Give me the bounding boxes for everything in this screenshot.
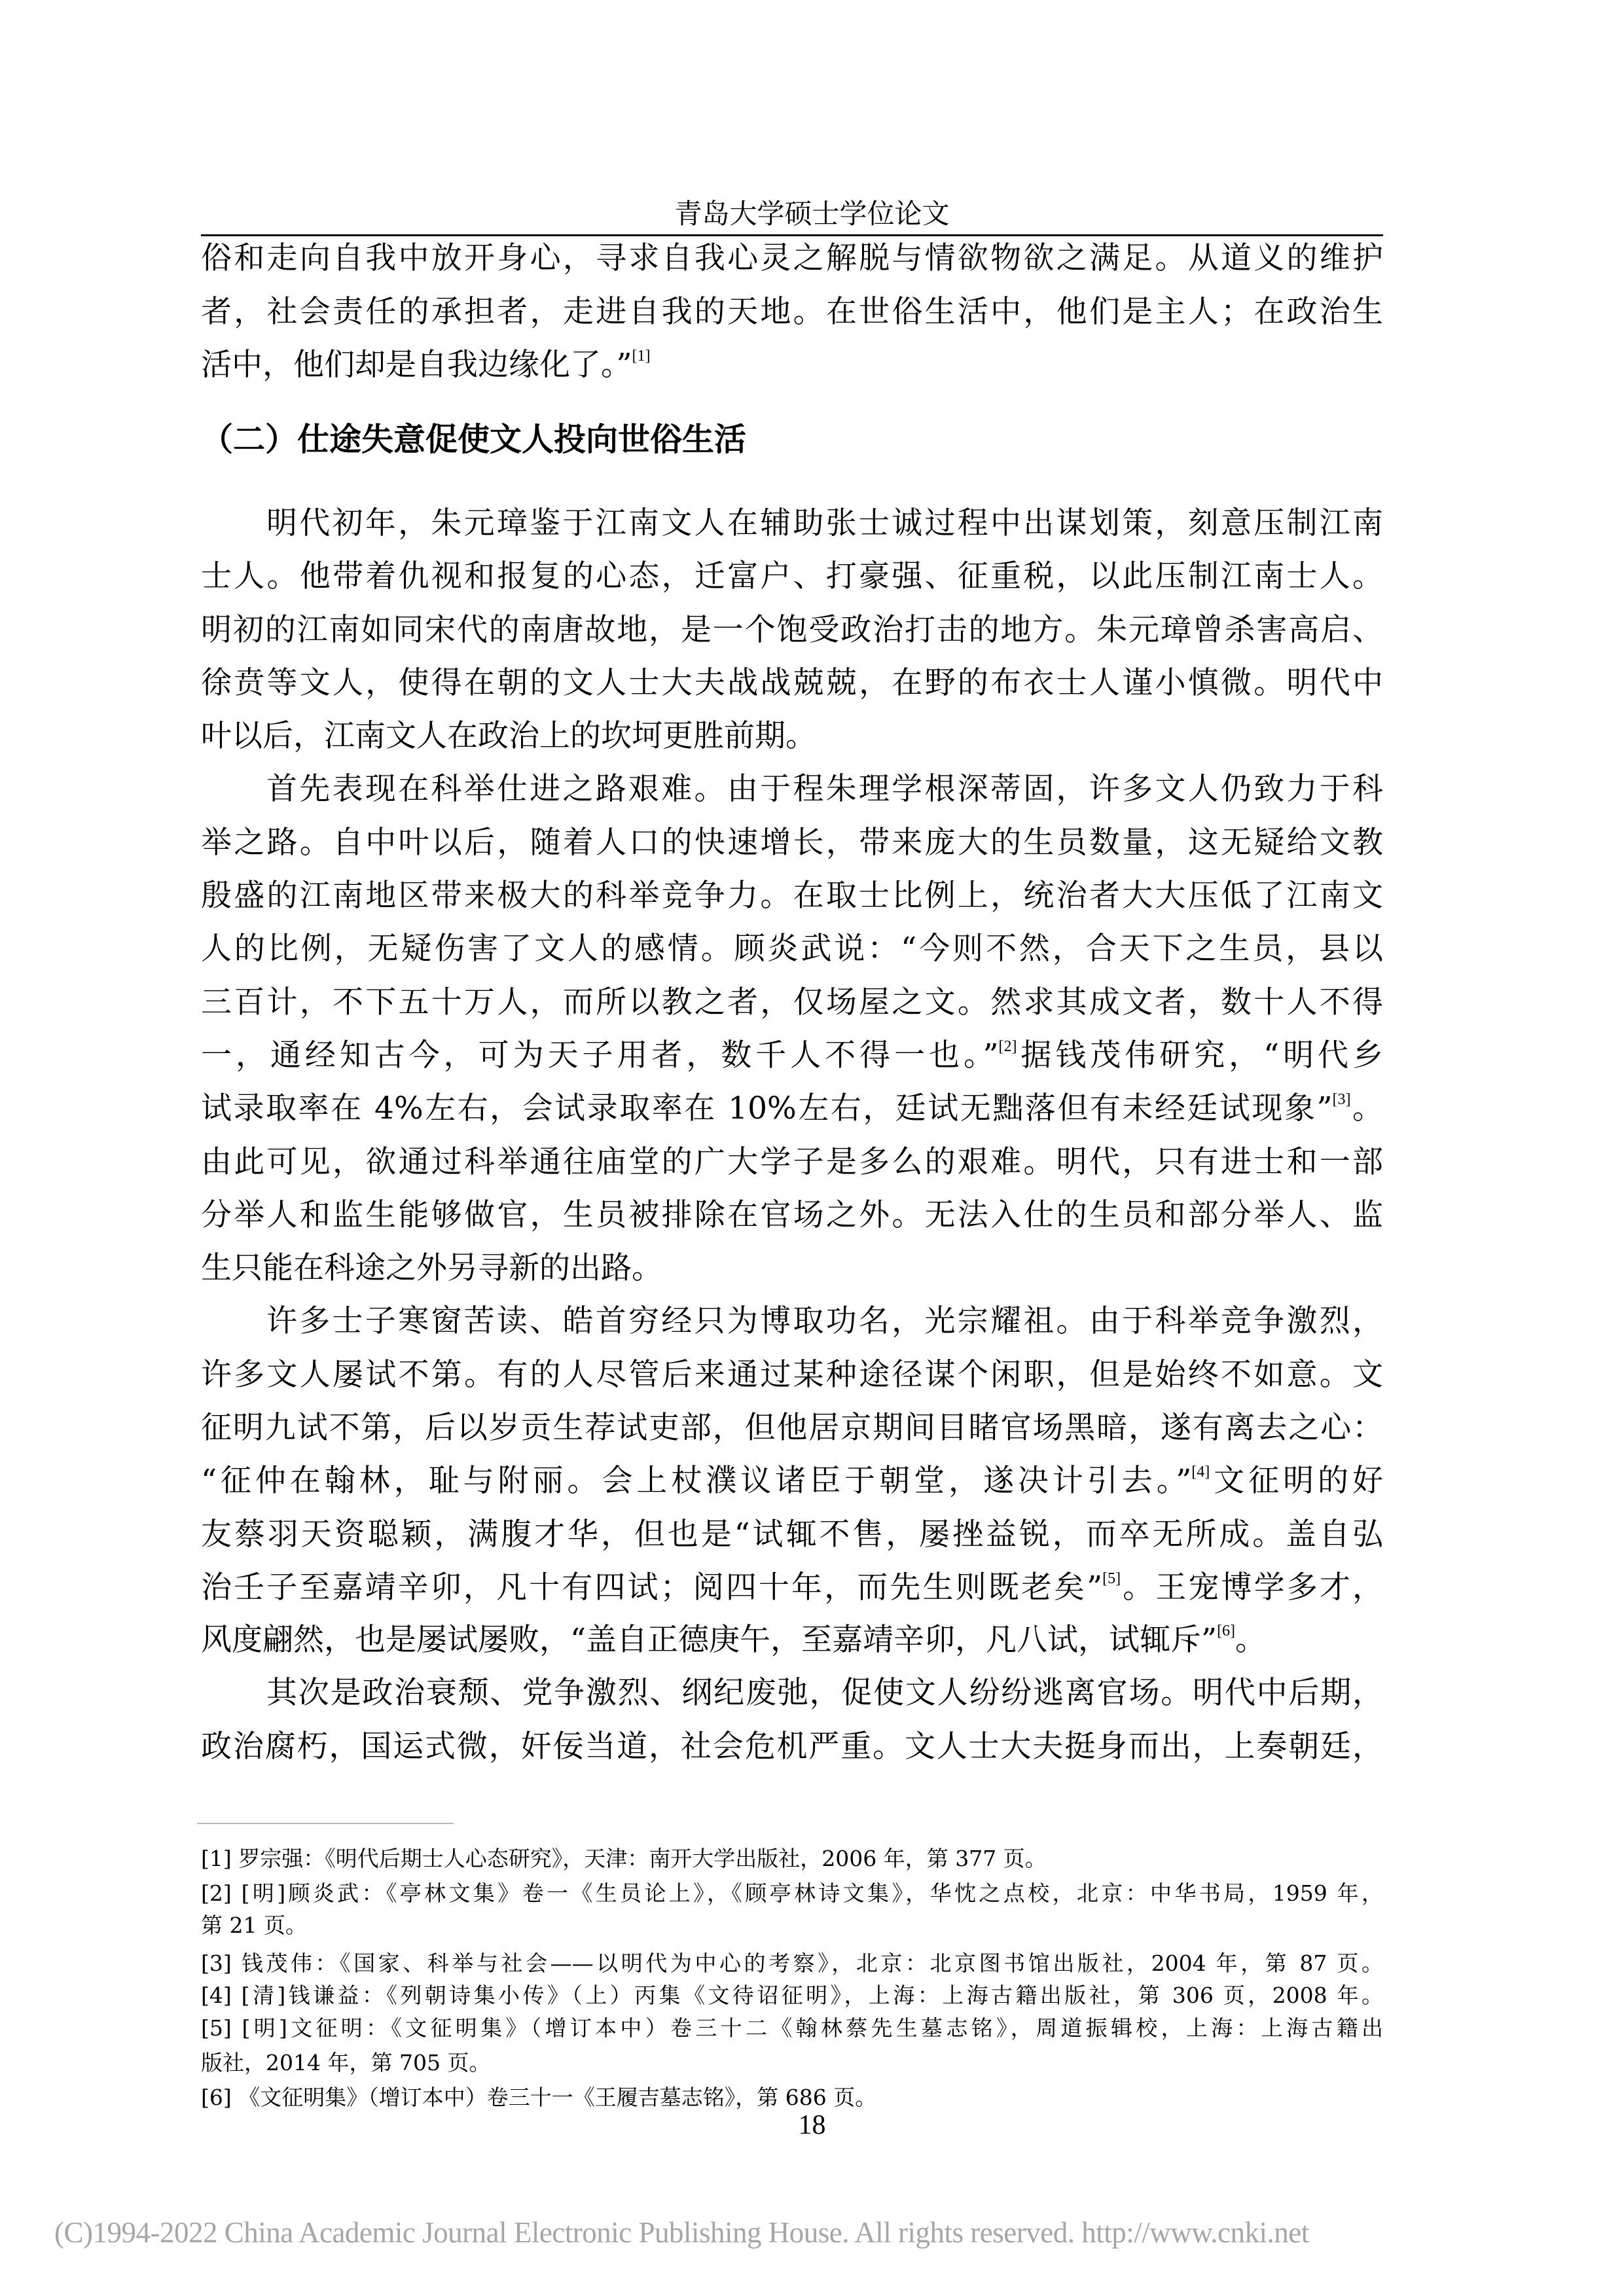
paragraph-first-line: 首先表现在科举仕进之路艰难。由于程朱理学根深蒂固，许多文人仍致力于科 (266, 770, 1383, 809)
body-line: 征明九试不第，后以岁贡生荐试吏部，但他居京期间目睹官场黑暗，遂有离去之心： (201, 1408, 1383, 1448)
body-line: 许多文人屡试不第。有的人尽管后来通过某种途径谋个闲职，但是始终不如意。文 (201, 1355, 1383, 1395)
body-line: 举之路。自中叶以后，随着人口的快速增长，带来庞大的生员数量，这无疑给文教 (201, 823, 1383, 863)
body-line-text: “征仲在翰林，耻与附丽。会上杖濮议诸臣于朝堂，遂决计引去。” (201, 1463, 1191, 1499)
footnote-ref[interactable]: [6] (1217, 1623, 1235, 1640)
footnote-2-cont: 第 21 页。 (201, 1911, 1383, 1940)
body-line-text: 据钱茂伟研究，“明代乡 (1017, 1037, 1383, 1073)
body-line: 生只能在科途之外另寻新的出路。 (201, 1249, 1383, 1288)
page-number: 18 (0, 2109, 1624, 2142)
footnote-ref[interactable]: [4] (1191, 1463, 1210, 1480)
body-line-text: 治壬子至嘉靖辛卯，凡十有四试；阅四十年，而先生则既老矣” (201, 1570, 1102, 1605)
body-line: 一，通经知古今，可为天子用者，数千人不得一也。”[2]据钱茂伟研究，“明代乡 (201, 1036, 1383, 1075)
body-line: 友蔡羽天资聪颖，满腹才华，但也是“试辄不售，屡挫益锐，而卒无所成。盖自弘 (201, 1515, 1383, 1554)
body-text-main: 明代初年，朱元璋鉴于江南文人在辅助张士诚过程中出谋划策，刻意压制江南 士人。他带… (201, 0, 1383, 1806)
body-line: 试录取率在 4%左右，会试录取率在 10%左右，廷试无黜落但有未经廷试现象”[3… (201, 1089, 1383, 1128)
footnote-ref[interactable]: [2] (998, 1038, 1017, 1055)
footnote-ref[interactable]: [3] (1333, 1091, 1351, 1108)
body-line-text: 一，通经知古今，可为天子用者，数千人不得一也。” (201, 1037, 998, 1073)
body-line-text: 试录取率在 4%左右，会试录取率在 10%左右，廷试无黜落但有未经廷试现象” (201, 1090, 1333, 1126)
body-line: 风度翩然，也是屡试屡败，“盖自正德庚午，至嘉靖辛卯，凡八试，试辄斥”[6]。 (201, 1621, 1383, 1660)
footnote-1: [1] 罗宗强：《明代后期士人心态研究》，天津：南开大学出版社，2006 年，第… (201, 1844, 1383, 1873)
paragraph-first-line: 许多士子寒窗苦读、皓首穷经只为博取功名，光宗耀祖。由于科举竞争激烈， (266, 1302, 1383, 1341)
body-line: 士人。他带着仇视和报复的心态，迁富户、打豪强、征重税，以此压制江南士人。 (201, 557, 1383, 596)
footnote-2: [2] [明]顾炎武：《亭林文集》卷一《生员论上》，《顾亭林诗文集》，华忱之点校… (201, 1879, 1383, 1908)
body-line: 叶以后，江南文人在政治上的坎坷更胜前期。 (201, 717, 1383, 756)
body-line: 由此可见，欲通过科举通往庙堂的广大学子是多么的艰难。明代，只有进士和一部 (201, 1143, 1383, 1182)
footnote-separator (197, 1823, 454, 1824)
body-line: 人的比例，无疑伤害了文人的感情。顾炎武说：“今则不然，合天下之生员，县以 (201, 929, 1383, 969)
body-line: 治壬子至嘉靖辛卯，凡十有四试；阅四十年，而先生则既老矣”[5]。王宠博学多才， (201, 1568, 1383, 1607)
body-line: 政治腐朽，国运式微，奸佞当道，社会危机严重。文人士大夫挺身而出，上奏朝廷， (201, 1727, 1383, 1767)
body-line: 明初的江南如同宋代的南唐故地，是一个饱受政治打击的地方。朱元璋曾杀害高启、 (201, 611, 1383, 650)
body-line-text: 。 (1350, 1090, 1383, 1126)
paragraph-first-line: 其次是政治衰颓、党争激烈、纲纪废弛，促使文人纷纷逃离官场。明代中后期， (266, 1674, 1383, 1713)
body-line: 分举人和监生能够做官，生员被排除在官场之外。无法入仕的生员和部分举人、监 (201, 1196, 1383, 1235)
footnote-4: [4] [清]钱谦益：《列朝诗集小传》（上）丙集《文待诏征明》，上海：上海古籍出… (201, 1981, 1383, 2010)
body-line-text: 文征明的好 (1210, 1463, 1383, 1499)
footnote-5-cont: 版社，2014 年，第 705 页。 (201, 2049, 1383, 2077)
body-line-text: 。 (1235, 1622, 1266, 1658)
body-line: 三百计，不下五十万人，而所以教之者，仅场屋之文。然求其成文者，数十人不得 (201, 983, 1383, 1022)
footnote-3: [3] 钱茂伟：《国家、科举与社会——以明代为中心的考察》，北京：北京图书馆出版… (201, 1949, 1383, 1978)
copyright-watermark: (C)1994-2022 China Academic Journal Elec… (54, 2215, 1370, 2250)
body-line-text: 风度翩然，也是屡试屡败，“盖自正德庚午，至嘉靖辛卯，凡八试，试辄斥” (201, 1622, 1217, 1658)
footnote-5: [5] [明]文征明：《文征明集》（增订本中）卷三十二《翰林蔡先生墓志铭》，周道… (201, 2014, 1383, 2043)
footnote-ref[interactable]: [5] (1102, 1570, 1121, 1587)
body-line: “征仲在翰林，耻与附丽。会上杖濮议诸臣于朝堂，遂决计引去。”[4]文征明的好 (201, 1462, 1383, 1501)
body-line: 殷盛的江南地区带来极大的科举竞争力。在取士比例上，统治者大大压低了江南文 (201, 876, 1383, 916)
body-line-text: 。王宠博学多才， (1121, 1570, 1383, 1605)
paragraph-first-line: 明代初年，朱元璋鉴于江南文人在辅助张士诚过程中出谋划策，刻意压制江南 (266, 504, 1383, 543)
footnote-6: [6] 《文征明集》（增订本中）卷三十一《王履吉墓志铭》，第 686 页。 (201, 2083, 1383, 2112)
body-line: 徐贲等文人，使得在朝的文人士大夫战战兢兢，在野的布衣士人谨小慎微。明代中 (201, 664, 1383, 703)
